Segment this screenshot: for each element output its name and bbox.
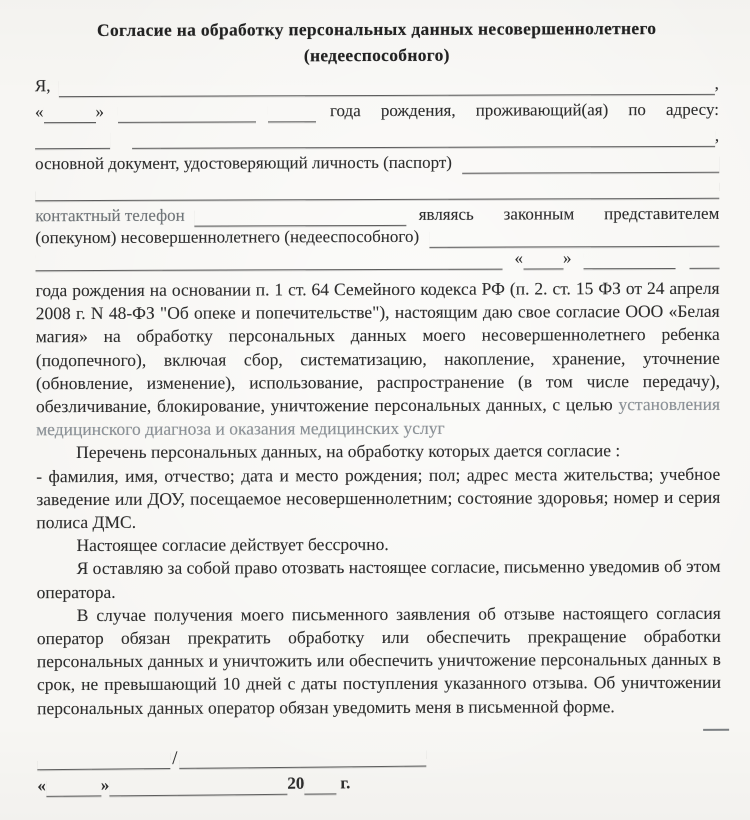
birth-month-blank: [118, 105, 256, 122]
child-birth-day-blank: [523, 252, 563, 269]
signature-line: /: [37, 742, 721, 771]
date-quote-open: «: [37, 775, 46, 797]
representative-suffix-text: являясь законным представителем: [407, 203, 720, 226]
revocation-procedure-paragraph: В случае получения моего письменного зая…: [37, 602, 721, 720]
quote-open-2: «: [514, 247, 523, 269]
document-title-line1: Согласие на обработку персональных данны…: [35, 15, 719, 43]
child-name-blank: [429, 230, 719, 248]
birth-day-blank: [43, 106, 95, 123]
guardian-label: (опекуном) несовершеннолетнего (недееспо…: [35, 226, 419, 249]
date-year-blank: [304, 777, 336, 794]
fullname-blank: [179, 749, 426, 768]
passport-blank: [462, 156, 719, 174]
birth-suffix-text: года рождения, проживающий(ая) по адресу…: [316, 99, 719, 122]
passport-line: основной документ, удостоверяющий личнос…: [35, 151, 719, 175]
signature-blank: [37, 752, 170, 770]
name-line-comma: ,: [715, 73, 719, 95]
date-century: 20: [287, 773, 304, 795]
revocation-right-paragraph: Я оставляю за собой право отозвать насто…: [37, 555, 721, 604]
document-content: Согласие на обработку персональных данны…: [35, 15, 722, 795]
phone-line: контактный телефон являясь законным пред…: [35, 203, 719, 227]
guardian-line: (опекуном) несовершеннолетнего (недееспо…: [35, 225, 719, 249]
phone-blank: [195, 209, 407, 227]
passport-extra-line: [35, 182, 719, 201]
child-name-blank-2: [35, 253, 502, 272]
quote-open: «: [35, 101, 44, 123]
name-blank: [58, 78, 714, 97]
legal-basis-paragraph: года рождения на основании п. 1 ст. 64 С…: [36, 277, 721, 442]
address-blank-2: [132, 130, 715, 149]
stray-scan-mark: [703, 729, 729, 731]
document-page: Согласие на обработку персональных данны…: [0, 0, 750, 820]
quote-close: »: [95, 101, 104, 123]
date-day-blank: [46, 779, 101, 796]
date-quote-close: »: [101, 774, 110, 796]
phone-label: контактный телефон: [35, 205, 184, 228]
quote-close-2: »: [563, 247, 572, 269]
i-label: Я,: [35, 75, 51, 97]
data-list-paragraph: - фамилия, имя, отчество; дата и место р…: [36, 462, 720, 534]
passport-label: основной документ, удостоверяющий личнос…: [35, 152, 452, 175]
data-list-intro: Перечень персональных данных, на обработ…: [36, 439, 720, 465]
child-birthdate-line: « »: [35, 247, 719, 271]
document-title: Согласие на обработку персональных данны…: [35, 15, 719, 69]
child-birth-month-blank: [583, 252, 675, 269]
name-line: Я, ,: [35, 73, 719, 97]
signature-slash: /: [170, 748, 179, 770]
passport-blank-2: [35, 182, 719, 201]
document-title-line2: (недееспособного): [35, 41, 719, 69]
date-line: « » 20 г.: [37, 769, 721, 797]
birth-year-blank: [268, 105, 316, 122]
address-line: ,: [35, 125, 719, 149]
address-line-comma: ,: [715, 125, 719, 147]
child-birth-year-blank: [689, 252, 719, 269]
address-blank-1: [35, 132, 110, 149]
date-month-blank: [109, 778, 287, 797]
birthdate-line: « » года рождения, проживающий(ая) по ад…: [35, 99, 719, 123]
validity-paragraph: Настоящее согласие действует бессрочно.: [36, 532, 720, 558]
date-year-suffix: г.: [340, 772, 350, 794]
